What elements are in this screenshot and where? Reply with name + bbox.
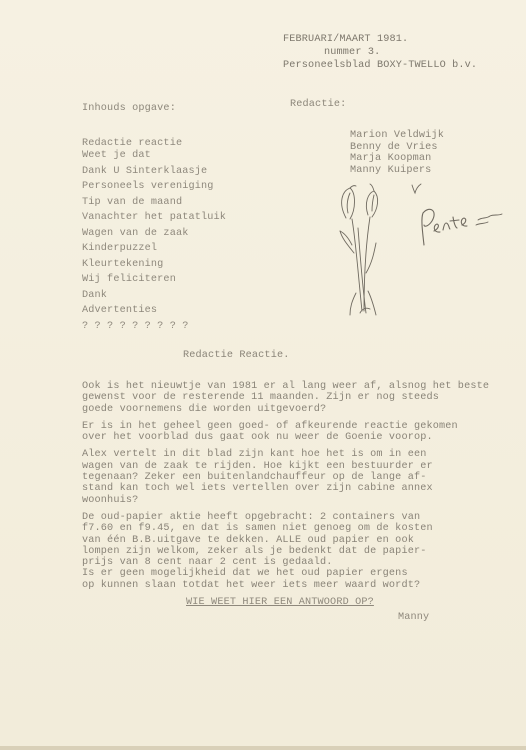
article-paragraph: Ook is het nieuwtje van 1981 er al lang … <box>82 381 522 415</box>
article-signature: Manny <box>398 612 429 623</box>
editorial-board-list: Marion Veldwijk Benny de Vries Marja Koo… <box>350 130 444 176</box>
issue-number: nummer 3. <box>324 46 477 59</box>
article-paragraph: Er is in het geheel geen goed- of afkeur… <box>82 421 522 444</box>
toc-item: Redactie reactie <box>82 137 226 148</box>
editor-name: Marion Veldwijk <box>350 130 444 142</box>
masthead: FEBRUARI/MAART 1981. nummer 3. Personeel… <box>283 33 477 72</box>
toc-item: ? ? ? ? ? ? ? ? ? <box>82 319 226 335</box>
publication-name: Personeelsblad BOXY-TWELLO b.v. <box>283 59 477 72</box>
article-paragraph: Alex vertelt in dit blad zijn kant hoe h… <box>82 449 522 505</box>
article-callout: WIE WEET HIER EEN ANTWOORD OP? <box>186 597 374 608</box>
toc-item: Dank U Sinterklaasje <box>82 164 226 180</box>
toc-item: Wij feliciteren <box>82 272 226 288</box>
article-title: Redactie Reactie. <box>183 350 289 361</box>
toc-item: Kinderpuzzel <box>82 241 226 257</box>
article-paragraph: Is er geen mogelijkheid dat we het oud p… <box>82 568 522 591</box>
article-body: Ook is het nieuwtje van 1981 er al lang … <box>82 381 522 597</box>
editor-name: Manny Kuipers <box>350 165 444 177</box>
toc-item: Vanachter het patatluik <box>82 210 226 226</box>
newsletter-page: FEBRUARI/MAART 1981. nummer 3. Personeel… <box>0 0 526 750</box>
issue-date: FEBRUARI/MAART 1981. <box>283 33 477 46</box>
snowdrop-sketch-icon <box>318 183 518 323</box>
toc-item: Advertenties <box>82 303 226 319</box>
editor-name: Benny de Vries <box>350 142 444 154</box>
toc-heading: Inhouds opgave: <box>82 103 176 114</box>
toc-item: Personeels vereniging <box>82 179 226 195</box>
toc-item: Wagen van de zaak <box>82 226 226 242</box>
toc-item: Dank <box>82 288 226 304</box>
editor-name: Marja Koopman <box>350 153 444 165</box>
toc-item: Weet je dat <box>82 148 226 164</box>
toc-item: Kleurtekening <box>82 257 226 273</box>
table-of-contents: Redactie reactie Weet je dat Dank U Sint… <box>82 137 226 334</box>
toc-item: Tip van de maand <box>82 195 226 211</box>
editorial-board-heading: Redactie: <box>290 99 346 110</box>
article-paragraph: De oud-papier aktie heeft opgebracht: 2 … <box>82 512 522 568</box>
